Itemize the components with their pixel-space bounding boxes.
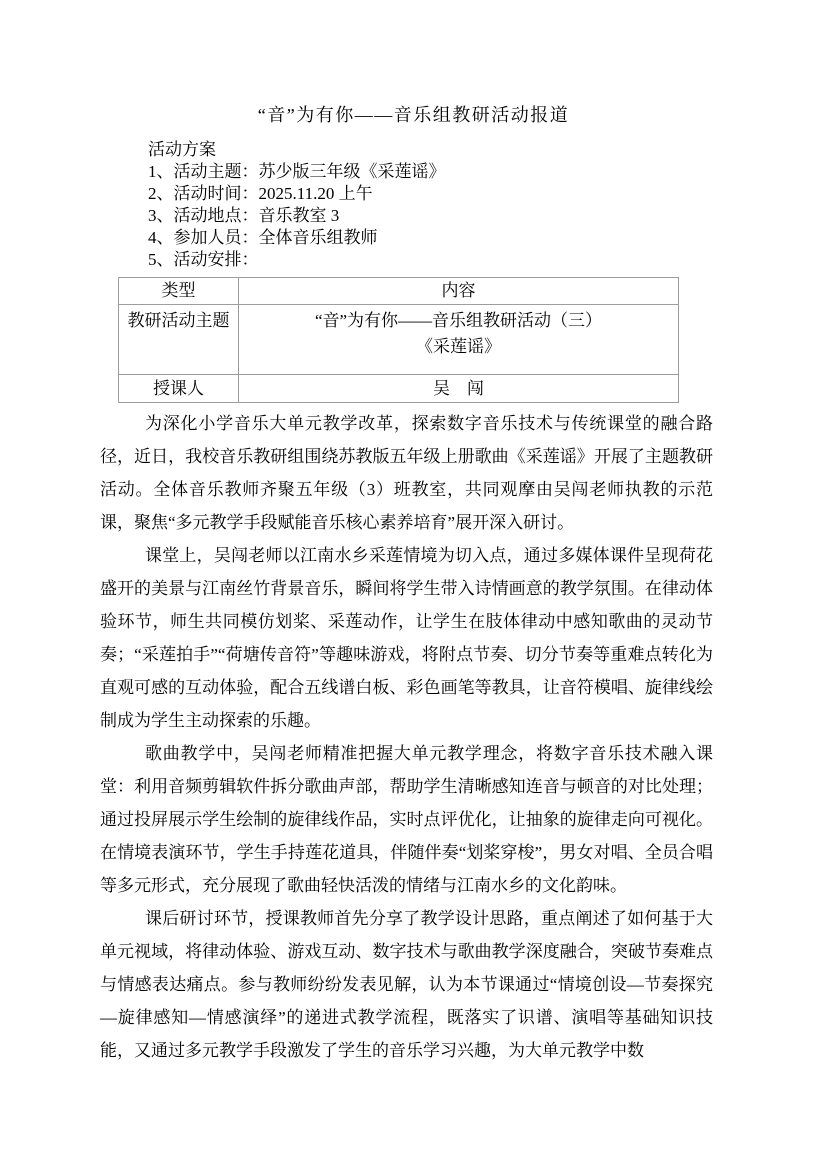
table-row-teacher: 授课人 吴 闯 bbox=[119, 375, 679, 403]
topic-value-line1: “音”为有你——音乐组教研活动（三） bbox=[239, 308, 678, 334]
paragraph-classroom-activities: 课堂上，吴闯老师以江南水乡采莲情境为切入点，通过多媒体课件呈现荷花盛开的美景与江… bbox=[100, 539, 713, 737]
paragraph-digital-teaching: 歌曲教学中，吴闯老师精准把握大单元教学理念，将数字音乐技术融入课堂：利用音频剪辑… bbox=[100, 737, 713, 902]
plan-item-topic: 1、活动主题：苏少版三年级《采莲谣》 bbox=[148, 161, 446, 183]
activity-plan: 活动方案 1、活动主题：苏少版三年级《采莲谣》 2、活动时间：2025.11.2… bbox=[148, 139, 446, 271]
table-header-type: 类型 bbox=[119, 278, 239, 305]
plan-item-participants: 4、参加人员：全体音乐组教师 bbox=[148, 227, 446, 249]
plan-item-place: 3、活动地点：音乐教室 3 bbox=[148, 205, 446, 227]
plan-item-schedule: 5、活动安排： bbox=[148, 249, 446, 271]
topic-label-cell: 教研活动主题 bbox=[119, 305, 239, 375]
plan-heading: 活动方案 bbox=[148, 139, 446, 161]
paragraph-post-lesson-discussion: 课后研讨环节，授课教师首先分享了教学设计思路，重点阐述了如何基于大单元视域，将律… bbox=[100, 902, 713, 1067]
page-title: “音”为有你——音乐组教研活动报道 bbox=[0, 103, 827, 127]
plan-item-time: 2、活动时间：2025.11.20 上午 bbox=[148, 183, 446, 205]
teacher-label-cell: 授课人 bbox=[119, 375, 239, 403]
table-header-content: 内容 bbox=[239, 278, 679, 305]
topic-value-line2: 《采莲谣》 bbox=[239, 334, 678, 360]
document-page: “音”为有你——音乐组教研活动报道 活动方案 1、活动主题：苏少版三年级《采莲谣… bbox=[0, 0, 827, 1170]
table-header-row: 类型 内容 bbox=[119, 278, 679, 305]
table-row-topic: 教研活动主题 “音”为有你——音乐组教研活动（三） 《采莲谣》 bbox=[119, 305, 679, 375]
topic-value-cell: “音”为有你——音乐组教研活动（三） 《采莲谣》 bbox=[239, 305, 679, 375]
teacher-value-cell: 吴 闯 bbox=[239, 375, 679, 403]
paragraph-intro: 为深化小学音乐大单元教学改革，探索数字音乐技术与传统课堂的融合路径，近日，我校音… bbox=[100, 407, 713, 539]
report-body: 为深化小学音乐大单元教学改革，探索数字音乐技术与传统课堂的融合路径，近日，我校音… bbox=[100, 407, 713, 1067]
activity-info-table: 类型 内容 教研活动主题 “音”为有你——音乐组教研活动（三） 《采莲谣》 授课… bbox=[118, 277, 679, 403]
